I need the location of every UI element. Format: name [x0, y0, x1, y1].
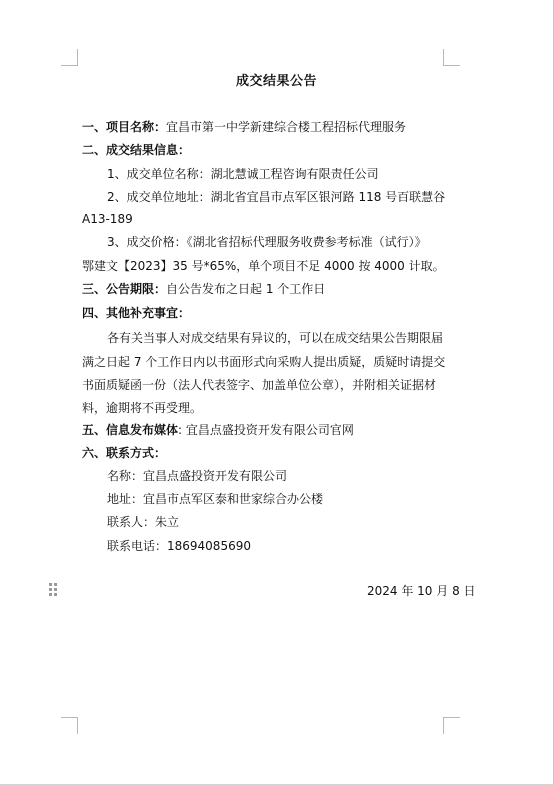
section-heading: 一、项目名称：	[82, 120, 166, 134]
result-item-price-cont: 鄂建文【2023】35 号*65%，单个项目不足 4000 按 4000 计取。	[82, 258, 445, 274]
announcement-date: 2024 年 10 月 8 日	[367, 583, 476, 599]
document-title: 成交结果公告	[0, 70, 553, 89]
result-item-address-cont: A13-189	[82, 211, 133, 227]
other-matters-line-1: 各有关当事人对成交结果有异议的，可以在成交结果公告期限届	[107, 330, 443, 346]
section-heading: 二、成交结果信息：	[82, 143, 190, 157]
section-project-name: 一、项目名称：宜昌市第一中学新建综合楼工程招标代理服务	[82, 119, 406, 135]
section-result-info: 二、成交结果信息：	[82, 142, 190, 158]
contact-name: 名称：宜昌点盛投资开发有限公司	[107, 468, 287, 484]
section-text: 自公告发布之日起 1 个工作日	[166, 282, 325, 296]
margin-corner-mark-top-left	[61, 49, 78, 66]
section-publish-media: 五、信息发布媒体: 宜昌点盛投资开发有限公司官网	[82, 422, 354, 438]
result-item-price: 3、成交价格：《湖北省招标代理服务收费参考标准（试行）》	[107, 234, 427, 250]
contact-address: 地址：宜昌市点军区泰和世家综合办公楼	[107, 491, 323, 507]
margin-corner-mark-bottom-left	[61, 717, 78, 734]
document-page: 成交结果公告 一、项目名称：宜昌市第一中学新建综合楼工程招标代理服务 二、成交结…	[0, 0, 554, 786]
margin-corner-mark-bottom-right	[443, 717, 460, 734]
section-heading: 四、其他补充事宜：	[82, 306, 190, 320]
section-text: : 宜昌点盛投资开发有限公司官网	[178, 423, 354, 437]
section-heading: 三、公告期限：	[82, 282, 166, 296]
section-other-matters: 四、其他补充事宜：	[82, 305, 190, 321]
other-matters-line-3: 书面质疑函一份（法人代表签字、加盖单位公章），并附相关证据材	[82, 377, 436, 393]
section-notice-period: 三、公告期限：自公告发布之日起 1 个工作日	[82, 281, 325, 297]
result-item-address: 2、成交单位地址：湖北省宜昌市点军区银河路 118 号百联慧谷	[107, 189, 445, 205]
section-text: 宜昌市第一中学新建综合楼工程招标代理服务	[166, 120, 406, 134]
drag-handle-icon[interactable]	[49, 583, 59, 597]
section-heading: 六、联系方式：	[82, 446, 166, 460]
section-contact: 六、联系方式：	[82, 445, 166, 461]
margin-corner-mark-top-right	[443, 49, 460, 66]
section-heading: 五、信息发布媒体	[82, 423, 178, 437]
result-item-name: 1、成交单位名称：湖北慧诚工程咨询有限责任公司	[107, 166, 379, 182]
other-matters-line-4: 料，逾期将不再受理。	[82, 400, 202, 416]
other-matters-line-2: 满之日起 7 个工作日内以书面形式向采购人提出质疑，质疑时请提交	[82, 354, 445, 370]
contact-person: 联系人：朱立	[107, 514, 179, 530]
contact-phone: 联系电话：18694085690	[107, 538, 251, 554]
